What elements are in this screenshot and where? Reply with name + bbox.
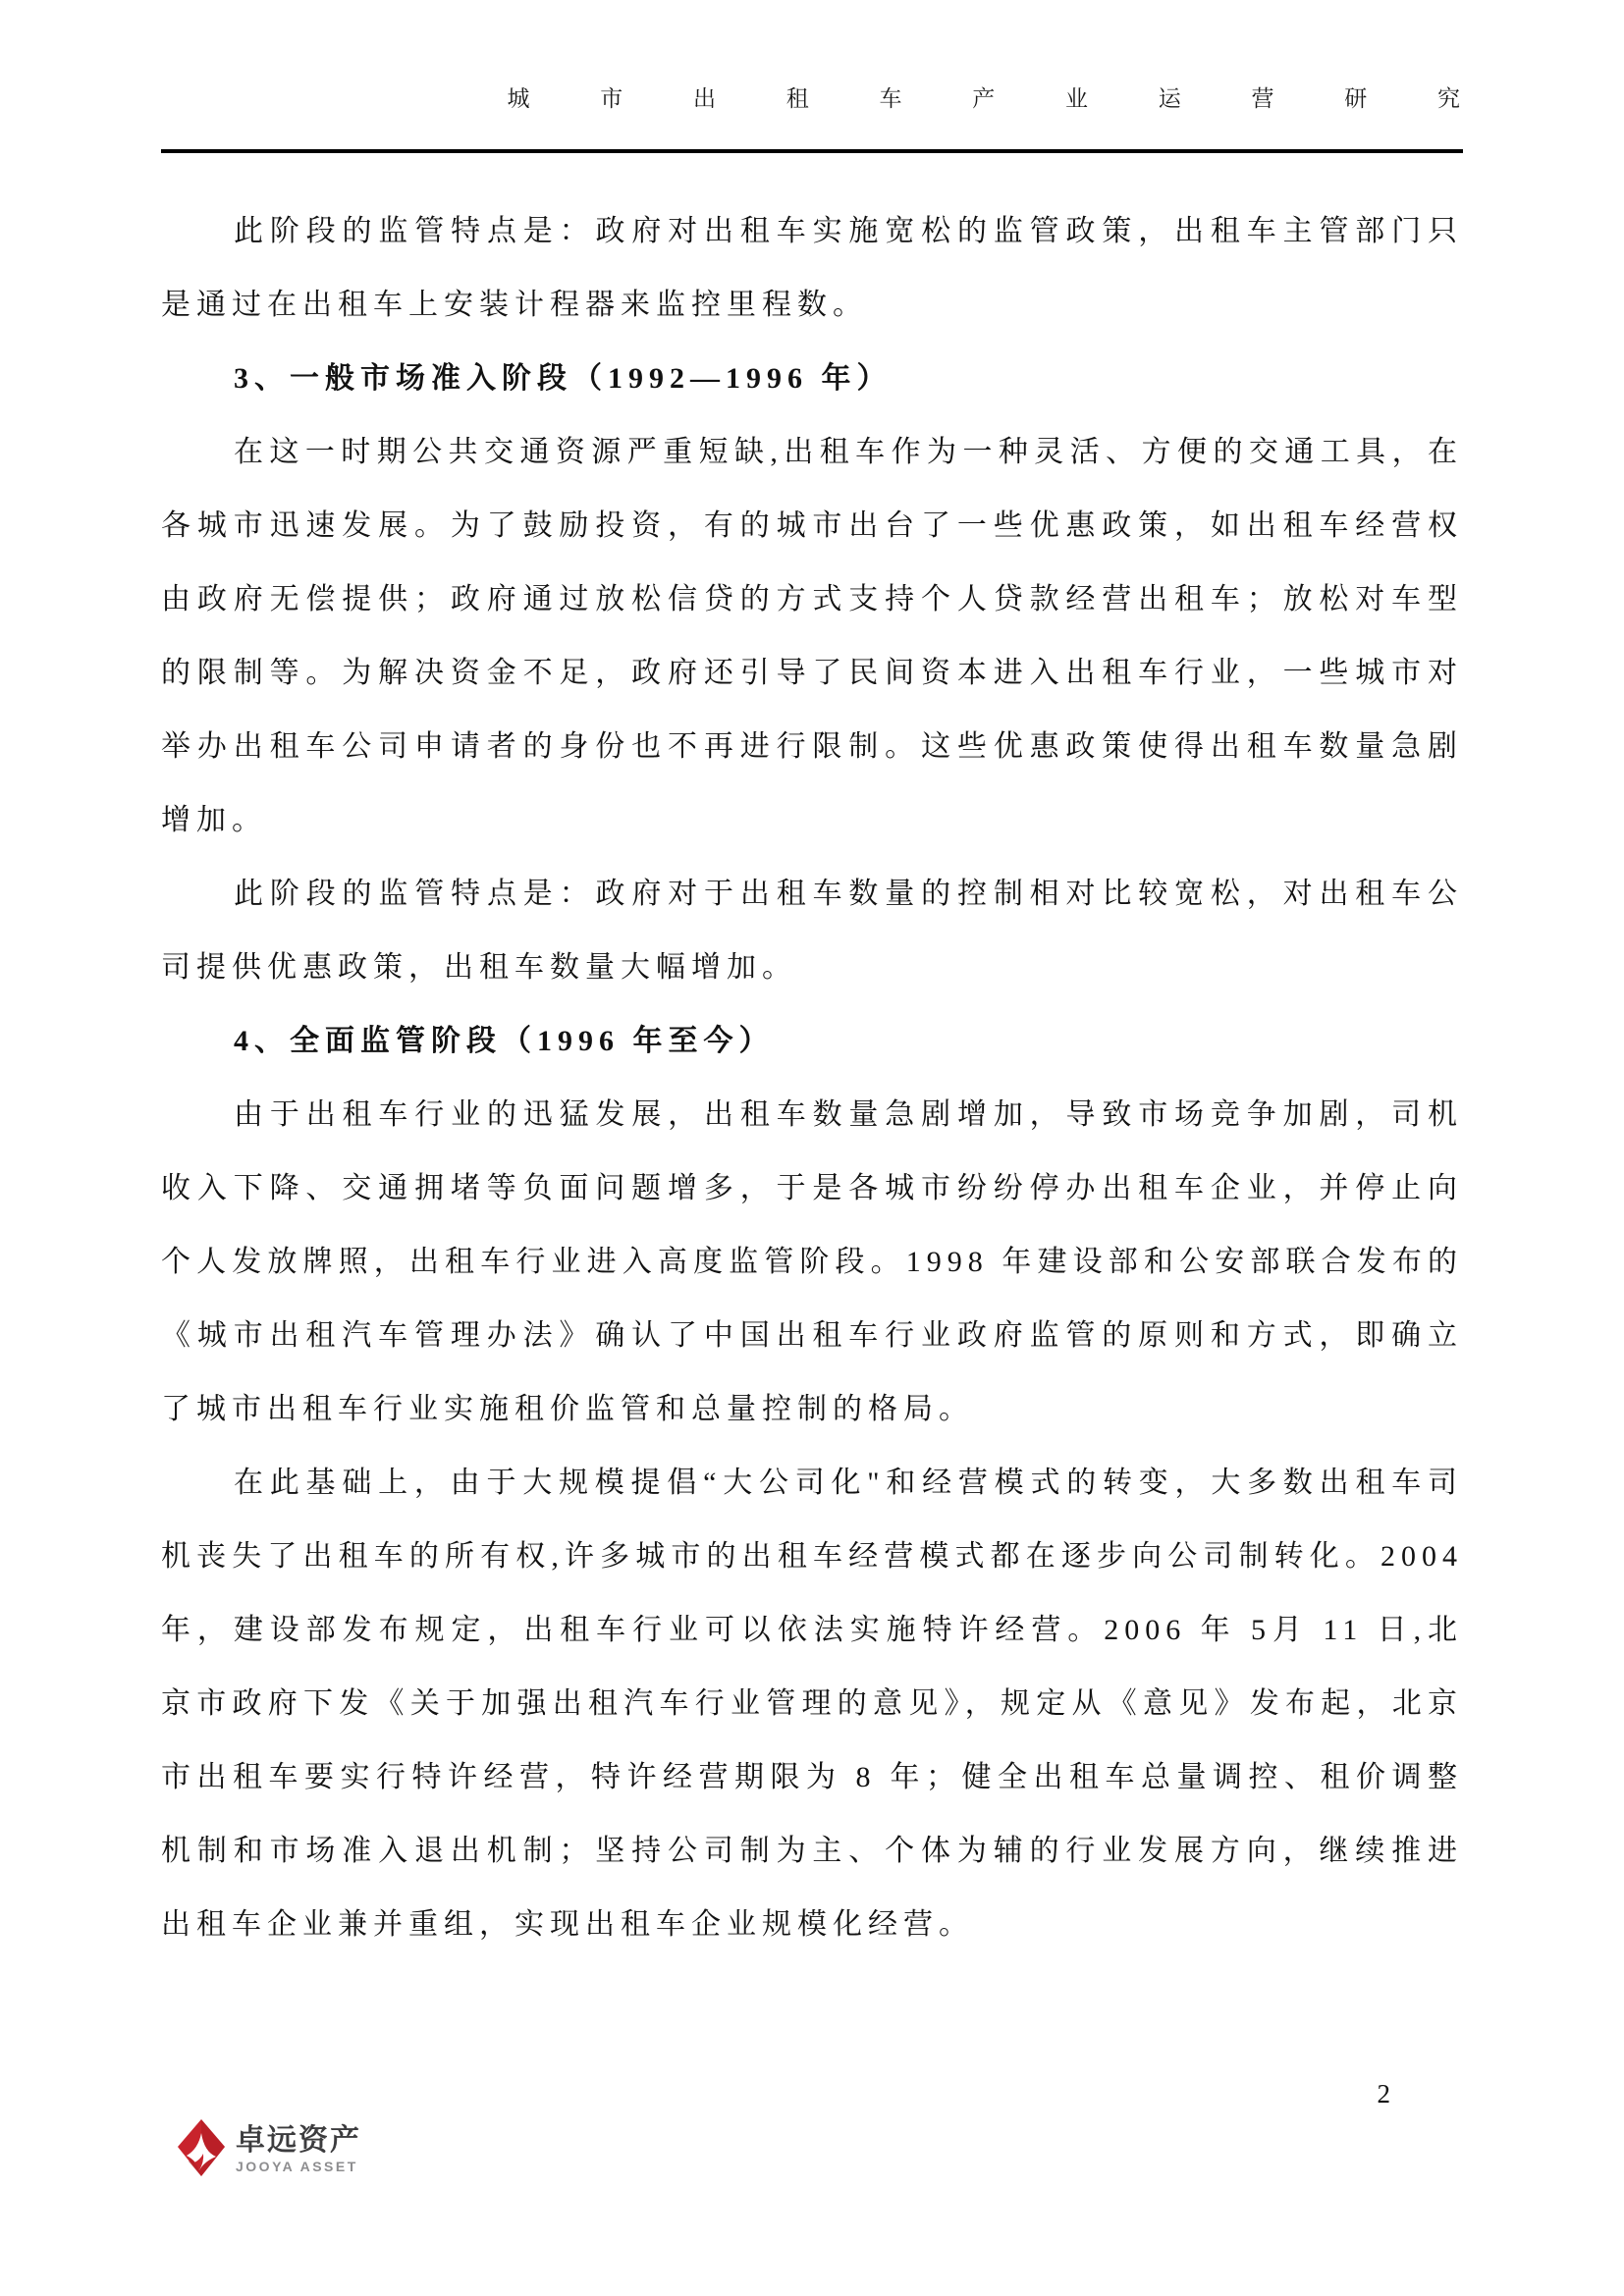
document-body: 此阶段的监管特点是：政府对出租车实施宽松的监管政策，出租车主管部门只是通过在出租… xyxy=(161,194,1463,1961)
paragraph-stage4-description: 由于出租车行业的迅猛发展，出租车数量急剧增加，导致市场竞争加剧，司机收入下降、交… xyxy=(161,1078,1463,1446)
heading-stage-4-full-regulation: 4、全面监管阶段（1996 年至今） xyxy=(161,1004,1463,1078)
paragraph-stage3-regulation-feature: 此阶段的监管特点是：政府对于出租车数量的控制相对比较宽松，对出租车公司提供优惠政… xyxy=(161,857,1463,1004)
document-page: 城 市 出 租 车 产 业 运 营 研 究 此阶段的监管特点是：政府对出租车实施… xyxy=(0,0,1624,2296)
logo-name-chinese: 卓远资产 xyxy=(236,2124,361,2158)
logo-text-block: 卓远资产 JOOYA ASSET xyxy=(236,2124,361,2175)
paragraph-stage2-regulation-feature: 此阶段的监管特点是：政府对出租车实施宽松的监管政策，出租车主管部门只是通过在出租… xyxy=(161,194,1463,342)
header-running-title: 城 市 出 租 车 产 业 运 营 研 究 xyxy=(508,80,1493,113)
page-number: 2 xyxy=(1378,2079,1391,2109)
header-divider-line xyxy=(161,149,1463,153)
heading-stage-3-market-entry: 3、一般市场准入阶段（1992—1996 年） xyxy=(161,342,1463,415)
paragraph-stage3-description: 在这一时期公共交通资源严重短缺,出租车作为一种灵活、方便的交通工具，在各城市迅速… xyxy=(161,415,1463,857)
jooya-logo-icon xyxy=(175,2116,228,2183)
company-logo: 卓远资产 JOOYA ASSET xyxy=(175,2116,361,2183)
logo-name-english: JOOYA ASSET xyxy=(236,2158,361,2175)
paragraph-stage4-company-reform: 在此基础上，由于大规模提倡“大公司化"和经营模式的转变，大多数出租车司机丧失了出… xyxy=(161,1446,1463,1961)
